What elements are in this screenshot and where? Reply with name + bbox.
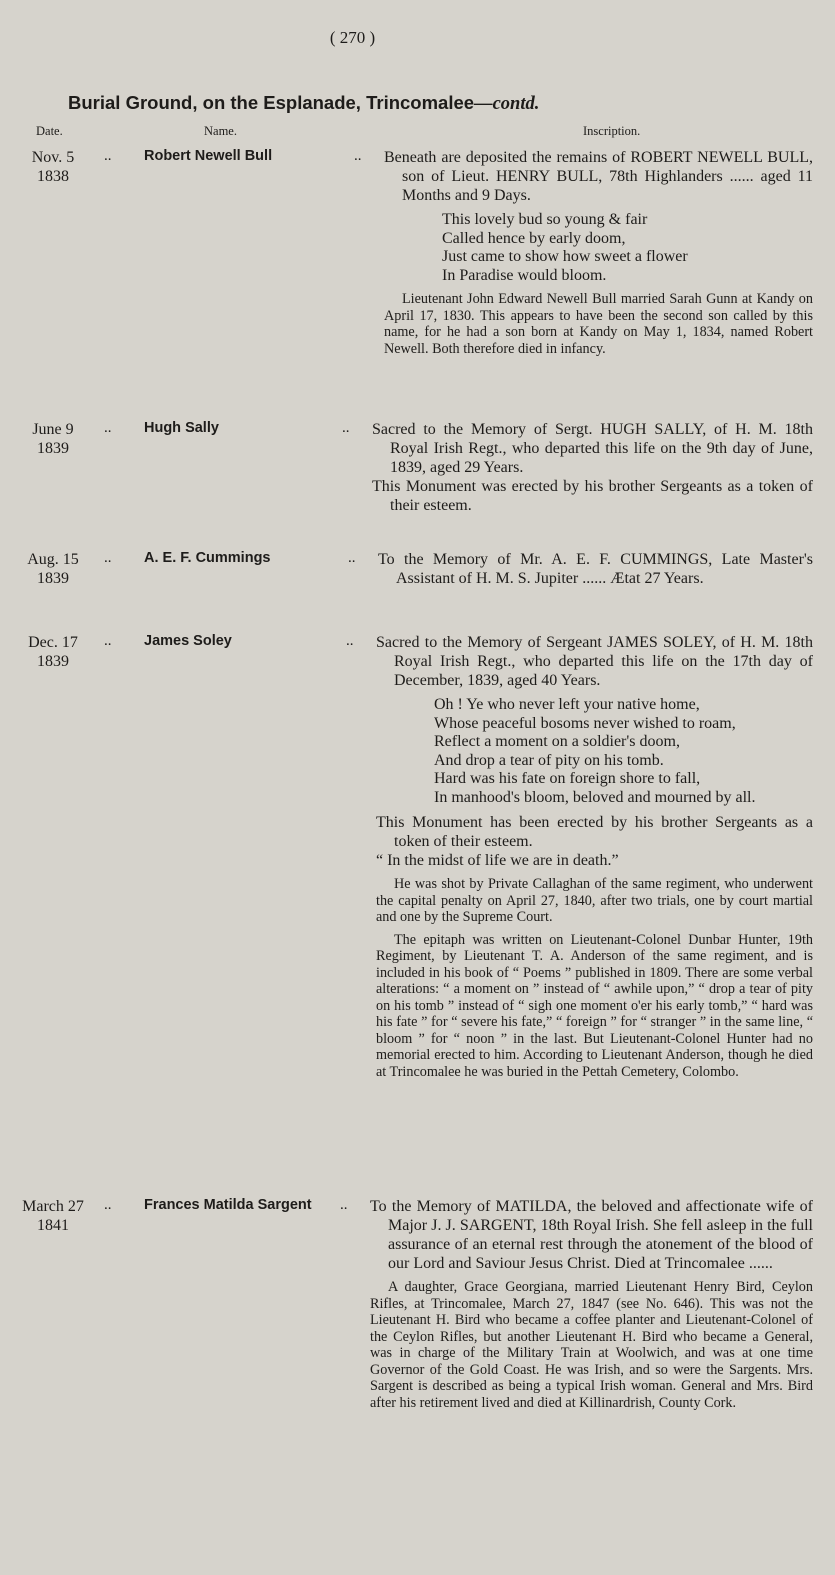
page-title: Burial Ground, on the Esplanade, Trincom…	[68, 92, 539, 115]
entry-name: Hugh Sally	[144, 420, 219, 436]
separator: ..	[340, 1197, 348, 1214]
entry-note: He was shot by Private Callaghan of the …	[376, 876, 813, 926]
entry-inscription: Beneath are deposited the remains of ROB…	[384, 148, 813, 357]
separator: ..	[346, 633, 354, 650]
separator: ..	[104, 550, 112, 567]
column-header-inscription: Inscription.	[583, 124, 640, 139]
entry-date: June 91839	[18, 420, 88, 458]
entry-date: March 271841	[18, 1197, 88, 1235]
entry-inscription: To the Memory of MATILDA, the beloved an…	[370, 1197, 813, 1411]
separator: ..	[104, 420, 112, 437]
entry-name: Frances Matilda Sargent	[144, 1197, 312, 1213]
entry-note: A daughter, Grace Georgiana, married Lie…	[370, 1279, 813, 1411]
entry-name: A. E. F. Cummings	[144, 550, 271, 566]
page-number: ( 270 )	[0, 28, 705, 48]
entry-name: James Soley	[144, 633, 232, 649]
separator: ..	[342, 420, 350, 437]
entry-inscription: To the Memory of Mr. A. E. F. CUMMINGS, …	[378, 550, 813, 588]
column-header-name: Name.	[204, 124, 237, 139]
entry-date: Aug. 151839	[18, 550, 88, 588]
entry-note: The epitaph was written on Lieutenant-Co…	[376, 932, 813, 1081]
separator: ..	[104, 1197, 112, 1214]
epitaph-verse: This lovely bud so young & fairCalled he…	[442, 211, 813, 285]
title-text: Burial Ground, on the Esplanade, Trincom…	[68, 92, 474, 113]
column-header-date: Date.	[36, 124, 63, 139]
entry-note: Lieutenant John Edward Newell Bull marri…	[384, 291, 813, 357]
entry-date: Dec. 171839	[18, 633, 88, 671]
epitaph-verse: Oh ! Ye who never left your native home,…	[434, 696, 813, 807]
separator: ..	[348, 550, 356, 567]
title-suffix: —contd.	[474, 94, 539, 114]
separator: ..	[104, 148, 112, 165]
entry-inscription: Sacred to the Memory of Sergt. HUGH SALL…	[372, 420, 813, 515]
separator: ..	[104, 633, 112, 650]
separator: ..	[354, 148, 362, 165]
entry-date: Nov. 51838	[18, 148, 88, 186]
entry-name: Robert Newell Bull	[144, 148, 272, 164]
entry-inscription: Sacred to the Memory of Sergeant JAMES S…	[376, 633, 813, 1080]
